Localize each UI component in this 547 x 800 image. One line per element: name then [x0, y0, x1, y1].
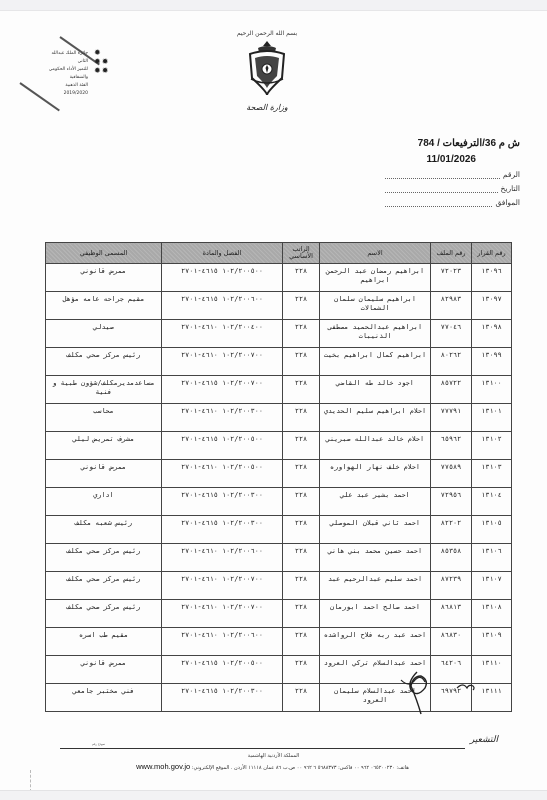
basic-salary-cell: ٢٢٨ — [283, 432, 320, 460]
basic-salary-cell: ٢٢٨ — [283, 656, 320, 684]
job-title-cell: اداري — [46, 488, 162, 516]
col-basic-salary: الراتب الأساسي — [283, 243, 320, 264]
chapter-article-cell: ١٠٢/٢٠٠٥٠٠ ٤٦١٥-٢٧٠١ — [162, 656, 283, 684]
decision-number-cell: ١٣١٠٤ — [472, 488, 512, 516]
table-row: ١٣١٠٧٨٧٢٣٩احمد سليم عبدالرحيم عبد٢٢٨١٠٢/… — [46, 572, 512, 600]
file-number-cell: ٧٧٥٨٩ — [431, 460, 472, 488]
chapter-article-cell: ١٠٢/٢٠٠٣٠٠ ٤٦١٥-٢٧٠١ — [162, 684, 283, 712]
table-row: ١٣١٠٥٨٢٢٠٢احمد ثاني قبلان الموصلي٢٢٨١٠٢/… — [46, 516, 512, 544]
chapter-article-cell: ١٠٢/٢٠٠٥٠٠ ٤٦١٥-٢٧٠١ — [162, 264, 283, 292]
table-row: ١٣١٠١٧٧٧٩١احلام ابراهيم سليم الحديدي٢٢٨١… — [46, 404, 512, 432]
chapter-article-cell: ١٠٢/٢٠٠٣٠٠ ٤٦١٥-٢٧٠١ — [162, 488, 283, 516]
basic-salary-cell: ٢٢٨ — [283, 516, 320, 544]
name-cell: احمد عبد ربه فلاح الرواشده — [320, 628, 431, 656]
basic-salary-cell: ٢٢٨ — [283, 600, 320, 628]
name-cell: ابراهيم سليمان سلمان الشمالات — [320, 292, 431, 320]
name-cell: احمد ثاني قبلان الموصلي — [320, 516, 431, 544]
table-row: ١٣٠٩٨٧٧٠٤٦ابراهيم عبدالحميد مصطفى الذنيب… — [46, 320, 512, 348]
reference-date: 11/01/2026 — [427, 154, 477, 165]
stamp-line-1: جائزة الملك عبدالله الثاني — [42, 50, 88, 66]
table-row: ١٣٠٩٩٨٠٢٦٢ابراهيم كمال ابراهيم بخيت٢٢٨١٠… — [46, 348, 512, 376]
file-number-cell: ٨٢٢٠٢ — [431, 516, 472, 544]
file-number-cell: ٨٦٨١٣ — [431, 600, 472, 628]
chapter-article-cell: ١٠٢/٢٠٠٧٠٠ ٤٦١٠-٢٧٠١ — [162, 572, 283, 600]
name-cell: احلام خالد عبدالله صبريني — [320, 432, 431, 460]
chapter-article-cell: ١٠٢/٢٠٠٧٠٠ ٤٦١٥-٢٧٠١ — [162, 376, 283, 404]
col-name: الاسم — [320, 243, 431, 264]
footer-contact: هاتف: ٠٦٥٢٠٠٢٣٠ ٩٦٢ ٠٠ فاكس: ٥٦٨٨٣٧٣ ٦ ٩… — [85, 762, 460, 771]
table-row: ١٣١٠٣٧٧٥٨٩احلام خلف نهار الهواوره٢٢٨١٠٢/… — [46, 460, 512, 488]
name-cell: احمد حسين محمد بني هاني — [320, 544, 431, 572]
file-number-cell: ٧٢٩٥٦ — [431, 488, 472, 516]
job-title-cell: مقيم جراحه عامه مؤهل — [46, 292, 162, 320]
jordan-coat-of-arms-icon — [246, 39, 288, 97]
col-decision-number: رقم القرار — [472, 243, 512, 264]
file-number-cell: ٨٠٢٦٢ — [431, 348, 472, 376]
col-chapter-article: الفصل والمادة — [162, 243, 283, 264]
decision-number-cell: ١٣٠٩٩ — [472, 348, 512, 376]
name-cell: ابراهيم كمال ابراهيم بخيت — [320, 348, 431, 376]
job-title-cell: مساعدمديرمكلف/شؤون طبية و فنية — [46, 376, 162, 404]
decision-number-cell: ١٣١٠٦ — [472, 544, 512, 572]
basic-salary-cell: ٢٢٨ — [283, 264, 320, 292]
table-row: ١٣٠٩٧٨٢٩٨٣ابراهيم سليمان سلمان الشمالات٢… — [46, 292, 512, 320]
scan-edge-mark — [30, 770, 31, 792]
basic-salary-cell: ٢٢٨ — [283, 544, 320, 572]
name-cell: احلام ابراهيم سليم الحديدي — [320, 404, 431, 432]
decision-number-cell: ١٣١٠٥ — [472, 516, 512, 544]
decision-number-cell: ١٣٠٩٨ — [472, 320, 512, 348]
scan-top-edge — [0, 0, 547, 11]
chapter-article-cell: ١٠٢/٢٠٠٦٠٠ ٤٦١٠-٢٧٠١ — [162, 544, 283, 572]
dotted-line — [385, 170, 500, 179]
signature-label: التشعير — [470, 735, 498, 745]
chapter-article-cell: ١٠٢/٢٠٠٣٠٠ ٤٦١٥-٢٧٠١ — [162, 516, 283, 544]
number-label: الرقم — [503, 170, 520, 179]
number-field: الرقم — [385, 170, 520, 179]
job-title-cell: رئيس مركز صحي مكلف — [46, 348, 162, 376]
reference-number: ش م 36/الترفيعات / 784 — [418, 138, 520, 149]
job-title-cell: صيدلي — [46, 320, 162, 348]
basic-salary-cell: ٢٢٨ — [283, 460, 320, 488]
decision-number-cell: ١٣١٠٩ — [472, 628, 512, 656]
scan-bottom-edge — [0, 790, 547, 800]
decision-number-cell: ١٣١٠٧ — [472, 572, 512, 600]
name-cell: ابراهيم رمضان عبد الرحمن ابراهيم — [320, 264, 431, 292]
job-title-cell: رئيس مركز صحي مكلف — [46, 544, 162, 572]
job-title-cell: ممرض قانوني — [46, 264, 162, 292]
date-field: التاريخ — [385, 184, 520, 193]
basic-salary-cell: ٢٢٨ — [283, 404, 320, 432]
basic-salary-cell: ٢٢٨ — [283, 320, 320, 348]
decision-number-cell: ١٣٠٩٦ — [472, 264, 512, 292]
file-number-cell: ٧٧٠٤٦ — [431, 320, 472, 348]
file-number-cell: ٨٥٣٥٨ — [431, 544, 472, 572]
decision-number-cell: ١٣١٠٣ — [472, 460, 512, 488]
star-emblem-icon: ✹✹✹✹✹ — [94, 48, 109, 75]
name-cell: اجود خالد طه القاضي — [320, 376, 431, 404]
basic-salary-cell: ٢٢٨ — [283, 376, 320, 404]
form-number-text: نموذج رقم — [92, 742, 105, 746]
chapter-article-cell: ١٠٢/٢٠٠٣٠٠ ٤٦١٠-٢٧٠١ — [162, 404, 283, 432]
col-file-number: رقم الملف — [431, 243, 472, 264]
file-number-cell: ٨٧٢٣٩ — [431, 572, 472, 600]
chapter-article-cell: ١٠٢/٢٠٠٤٠٠ ٤٦١٠-٢٧٠١ — [162, 320, 283, 348]
job-title-cell: رئيس مركز صحي مكلف — [46, 600, 162, 628]
job-title-cell: فني مختبر جامعي — [46, 684, 162, 712]
letterhead-crest: بسم الله الرحمن الرحيم وزارة الصحة — [236, 30, 298, 130]
corresponding-field: الموافق — [385, 198, 520, 207]
date-label: التاريخ — [501, 184, 520, 193]
job-title-cell: محاسب — [46, 404, 162, 432]
decision-number-cell: ١٣١٠١ — [472, 404, 512, 432]
basic-salary-cell: ٢٢٨ — [283, 684, 320, 712]
basic-salary-cell: ٢٢٨ — [283, 628, 320, 656]
signatures — [395, 670, 515, 715]
stamp-text: جائزة الملك عبدالله الثاني للتميز الأداء… — [42, 50, 88, 98]
excellence-award-stamp: جائزة الملك عبدالله الثاني للتميز الأداء… — [18, 30, 108, 110]
table-row: ١٣١٠٩٨٦٨٣٠احمد عبد ربه فلاح الرواشده٢٢٨١… — [46, 628, 512, 656]
basic-salary-cell: ٢٢٨ — [283, 348, 320, 376]
name-cell: احمد بشير عبد علي — [320, 488, 431, 516]
chapter-article-cell: ١٠٢/٢٠٠٧٠٠ ٤٦١٠-٢٧٠١ — [162, 600, 283, 628]
file-number-cell: ٨٥٧٢٢ — [431, 376, 472, 404]
table-row: ١٣١٠٨٨٦٨١٣احمد صالح احمد ابورمان٢٢٨١٠٢/٢… — [46, 600, 512, 628]
ministry-name: وزارة الصحة — [236, 103, 298, 112]
name-cell: احمد سليم عبدالرحيم عبد — [320, 572, 431, 600]
website-link[interactable]: www.moh.gov.jo — [136, 762, 190, 771]
basic-salary-cell: ٢٢٨ — [283, 572, 320, 600]
table-row: ١٣٠٩٦٧٢٠٢٣ابراهيم رمضان عبد الرحمن ابراه… — [46, 264, 512, 292]
name-cell: احمد صالح احمد ابورمان — [320, 600, 431, 628]
footer-divider — [60, 748, 465, 749]
stamp-line-2: للتميز الأداء الحكومي والشفافية — [42, 66, 88, 82]
chapter-article-cell: ١٠٢/٢٠٠٥٠٠ ٤٦١٠-٢٧٠١ — [162, 460, 283, 488]
name-cell: ابراهيم عبدالحميد مصطفى الذنيبات — [320, 320, 431, 348]
decision-number-cell: ١٣١٠٠ — [472, 376, 512, 404]
table-header-row: رقم القرار رقم الملف الاسم الراتب الأساس… — [46, 243, 512, 264]
file-number-cell: ٨٢٩٨٣ — [431, 292, 472, 320]
job-title-cell: مشرف تمريض ليلي — [46, 432, 162, 460]
chapter-article-cell: ١٠٢/٢٠٠٦٠٠ ٤٦١٠-٢٧٠١ — [162, 628, 283, 656]
file-number-cell: ٨٦٨٣٠ — [431, 628, 472, 656]
table-row: ١٣١٠٠٨٥٧٢٢اجود خالد طه القاضي٢٢٨١٠٢/٢٠٠٧… — [46, 376, 512, 404]
table-row: ١٣١٠٦٨٥٣٥٨احمد حسين محمد بني هاني٢٢٨١٠٢/… — [46, 544, 512, 572]
dotted-line — [385, 184, 498, 193]
job-title-cell: رئيس شعبه مكلف — [46, 516, 162, 544]
file-number-cell: ٧٢٠٢٣ — [431, 264, 472, 292]
corresponding-label: الموافق — [495, 198, 520, 207]
table-row: ١٣١٠٤٧٢٩٥٦احمد بشير عبد علي٢٢٨١٠٢/٢٠٠٣٠٠… — [46, 488, 512, 516]
stamp-line-3: الفئة الذهبية 2019/2020 — [42, 82, 88, 98]
file-number-cell: ٧٧٧٩١ — [431, 404, 472, 432]
job-title-cell: مقيم طب اسره — [46, 628, 162, 656]
decision-number-cell: ١٣٠٩٧ — [472, 292, 512, 320]
contact-details: هاتف: ٠٦٥٢٠٠٢٣٠ ٩٦٢ ٠٠ فاكس: ٥٦٨٨٣٧٣ ٦ ٩… — [192, 765, 409, 771]
basic-salary-cell: ٢٢٨ — [283, 488, 320, 516]
chapter-article-cell: ١٠٢/٢٠٠٦٠٠ ٤٦١٥-٢٧٠١ — [162, 292, 283, 320]
decision-number-cell: ١٣١٠٨ — [472, 600, 512, 628]
decision-number-cell: ١٣١٠٢ — [472, 432, 512, 460]
chapter-article-cell: ١٠٢/٢٠٠٥٠٠ ٤٦١٥-٢٧٠١ — [162, 432, 283, 460]
chapter-article-cell: ١٠٢/٢٠٠٧٠٠ ٤٦١٠-٢٧٠١ — [162, 348, 283, 376]
basmala-text: بسم الله الرحمن الرحيم — [236, 30, 298, 37]
table-row: ١٣١٠٢٦٥٩٦٢احلام خالد عبدالله صبريني٢٢٨١٠… — [46, 432, 512, 460]
job-title-cell: ممرض قانوني — [46, 656, 162, 684]
promotions-table: رقم القرار رقم الملف الاسم الراتب الأساس… — [45, 242, 512, 712]
name-cell: احلام خلف نهار الهواوره — [320, 460, 431, 488]
col-job-title: المسمى الوظيفي — [46, 243, 162, 264]
dotted-line — [385, 198, 492, 207]
job-title-cell: رئيس مركز صحي مكلف — [46, 572, 162, 600]
file-number-cell: ٦٥٩٦٢ — [431, 432, 472, 460]
footer-kingdom: المملكة الأردنية الهاشمية — [0, 753, 547, 759]
basic-salary-cell: ٢٢٨ — [283, 292, 320, 320]
job-title-cell: ممرض قانوني — [46, 460, 162, 488]
